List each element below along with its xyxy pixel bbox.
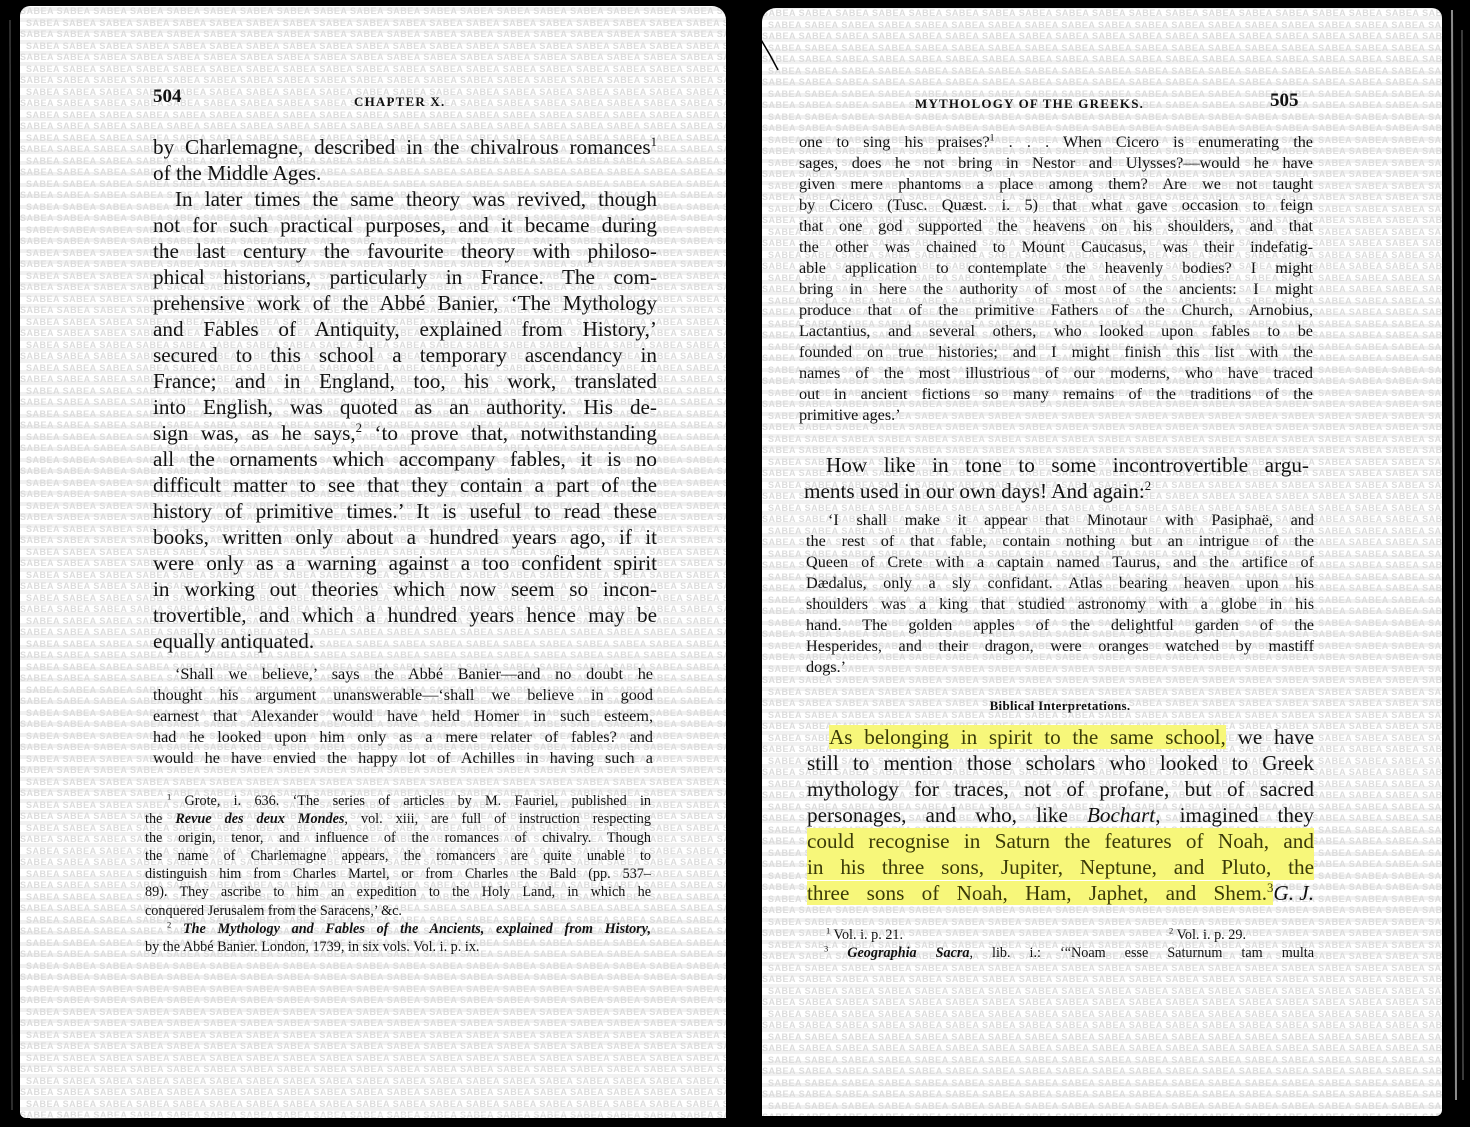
scan-edge-artifacts bbox=[0, 0, 1470, 1127]
